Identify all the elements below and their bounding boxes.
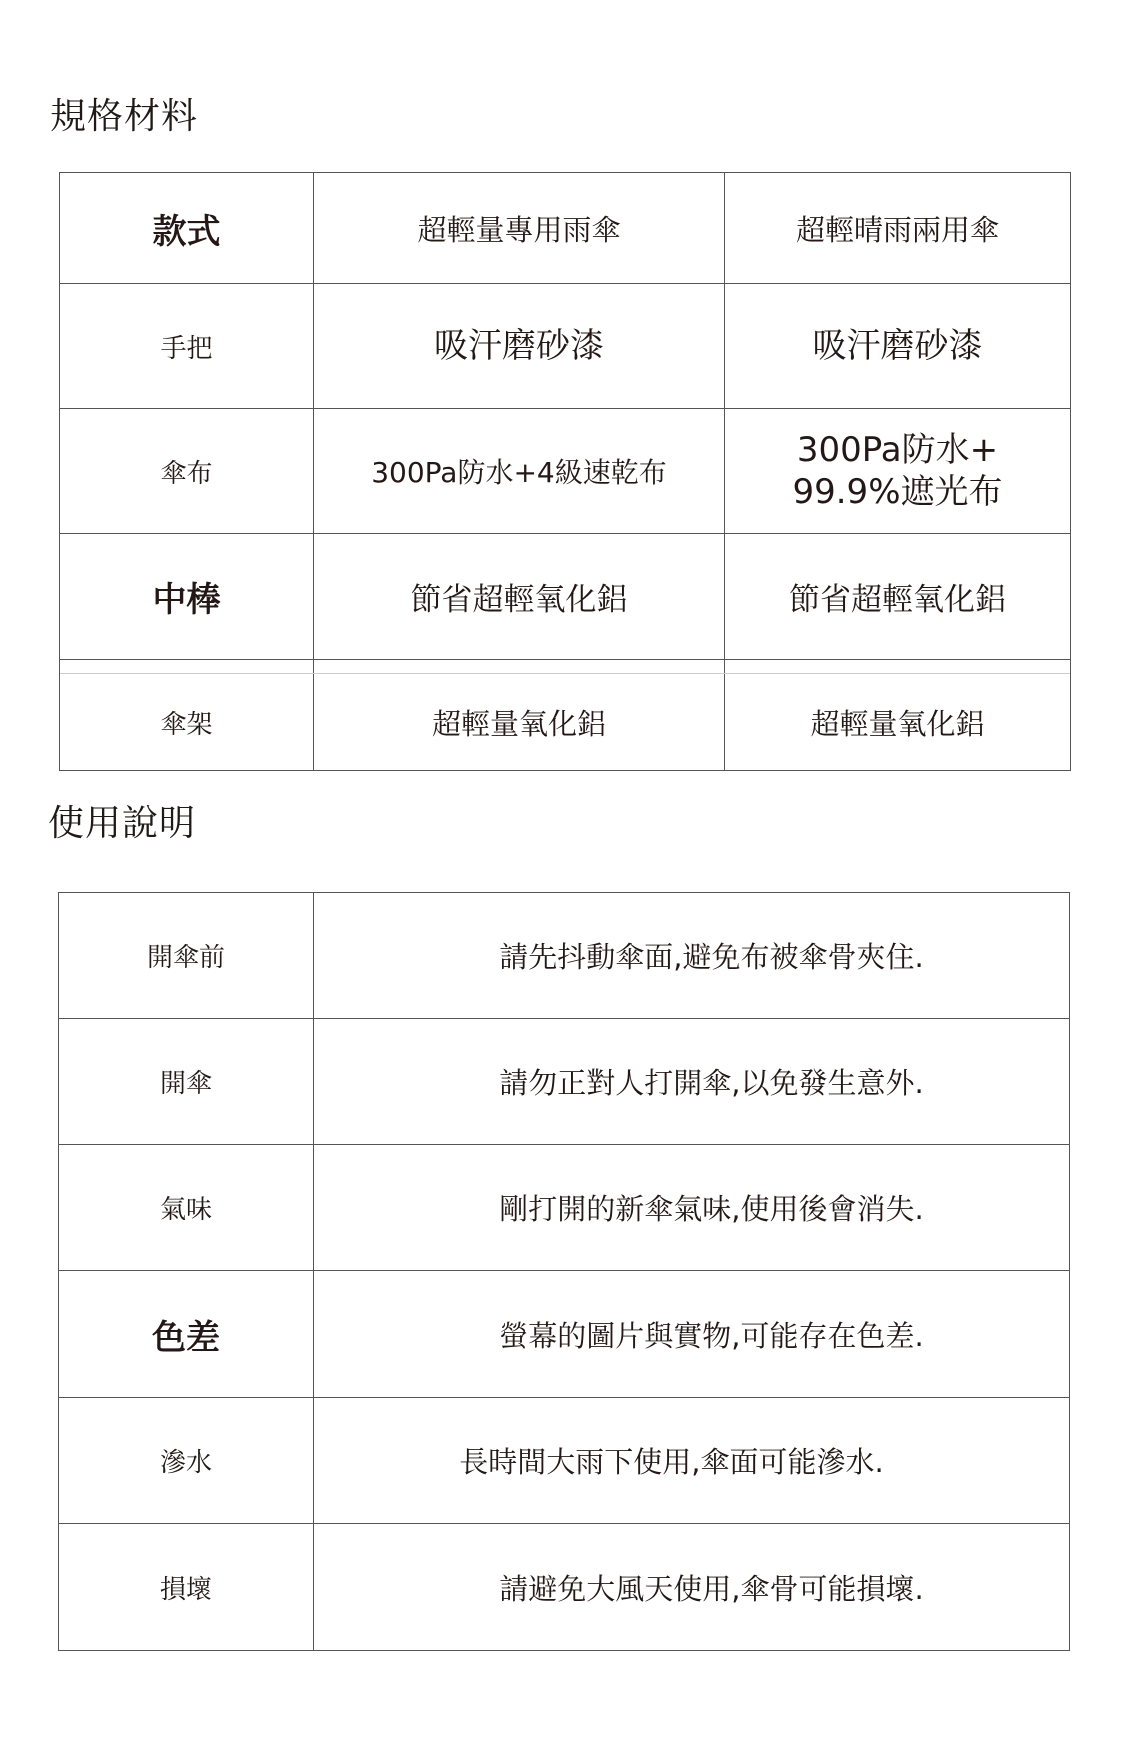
table-row: 傘架 超輕量氧化鋁 超輕量氧化鋁	[60, 660, 1071, 771]
usage-text-odor: 剛打開的新傘氣味,使用後會消失.	[314, 1145, 1070, 1271]
spec-handle-col2: 吸汗磨砂漆	[725, 284, 1071, 409]
usage-text-damage: 請避免大風天使用,傘骨可能損壞.	[314, 1524, 1070, 1651]
usage-table: 開傘前 請先抖動傘面,避免布被傘骨夾住. 開傘 請勿正對人打開傘,以免發生意外.…	[58, 892, 1070, 1651]
spec-header-col1: 超輕量專用雨傘	[314, 173, 725, 284]
spec-canopy-col2: 300Pa防水+ 99.9%遮光布	[725, 409, 1071, 534]
table-row: 中棒 節省超輕氧化鋁 節省超輕氧化鋁	[60, 534, 1071, 660]
table-row: 手把 吸汗磨砂漆 吸汗磨砂漆	[60, 284, 1071, 409]
spec-frame-col1: 超輕量氧化鋁	[314, 660, 725, 771]
spec-heading: 規格材料	[50, 88, 198, 139]
table-row: 色差 螢幕的圖片與實物,可能存在色差.	[59, 1271, 1070, 1398]
usage-text-color-diff: 螢幕的圖片與實物,可能存在色差.	[314, 1271, 1070, 1398]
spec-shaft-col1: 節省超輕氧化鋁	[314, 534, 725, 660]
table-row: 損壞 請避免大風天使用,傘骨可能損壞.	[59, 1524, 1070, 1651]
spec-handle-col1: 吸汗磨砂漆	[314, 284, 725, 409]
table-row: 滲水 長時間大雨下使用,傘面可能滲水.	[59, 1398, 1070, 1524]
spec-label-shaft: 中棒	[60, 534, 314, 660]
usage-label-before-open: 開傘前	[59, 893, 314, 1019]
table-row: 傘布 300Pa防水+4級速乾布 300Pa防水+ 99.9%遮光布	[60, 409, 1071, 534]
divider	[60, 673, 1070, 674]
spec-header-col2: 超輕晴雨兩用傘	[725, 173, 1071, 284]
usage-label-color-diff: 色差	[59, 1271, 314, 1398]
usage-label-leak: 滲水	[59, 1398, 314, 1524]
usage-label-open: 開傘	[59, 1019, 314, 1145]
usage-label-odor: 氣味	[59, 1145, 314, 1271]
table-row: 款式 超輕量專用雨傘 超輕晴雨兩用傘	[60, 173, 1071, 284]
usage-text-leak: 長時間大雨下使用,傘面可能滲水.	[314, 1398, 1070, 1524]
usage-text-open: 請勿正對人打開傘,以免發生意外.	[314, 1019, 1070, 1145]
spec-label-canopy: 傘布	[60, 409, 314, 534]
usage-heading: 使用說明	[48, 795, 196, 846]
table-row: 開傘 請勿正對人打開傘,以免發生意外.	[59, 1019, 1070, 1145]
spec-frame-col2: 超輕量氧化鋁	[725, 660, 1071, 771]
table-row: 氣味 剛打開的新傘氣味,使用後會消失.	[59, 1145, 1070, 1271]
usage-label-damage: 損壞	[59, 1524, 314, 1651]
spec-canopy-col2-line2: 99.9%遮光布	[725, 471, 1070, 513]
spec-shaft-col2: 節省超輕氧化鋁	[725, 534, 1071, 660]
usage-text-before-open: 請先抖動傘面,避免布被傘骨夾住.	[314, 893, 1070, 1019]
spec-canopy-col1: 300Pa防水+4級速乾布	[314, 409, 725, 534]
spec-label-frame: 傘架	[60, 660, 314, 771]
spec-table: 款式 超輕量專用雨傘 超輕晴雨兩用傘 手把 吸汗磨砂漆 吸汗磨砂漆 傘布 300…	[59, 172, 1071, 771]
table-row: 開傘前 請先抖動傘面,避免布被傘骨夾住.	[59, 893, 1070, 1019]
spec-label-handle: 手把	[60, 284, 314, 409]
spec-label-style: 款式	[60, 173, 314, 284]
spec-canopy-col2-line1: 300Pa防水+	[725, 429, 1070, 471]
